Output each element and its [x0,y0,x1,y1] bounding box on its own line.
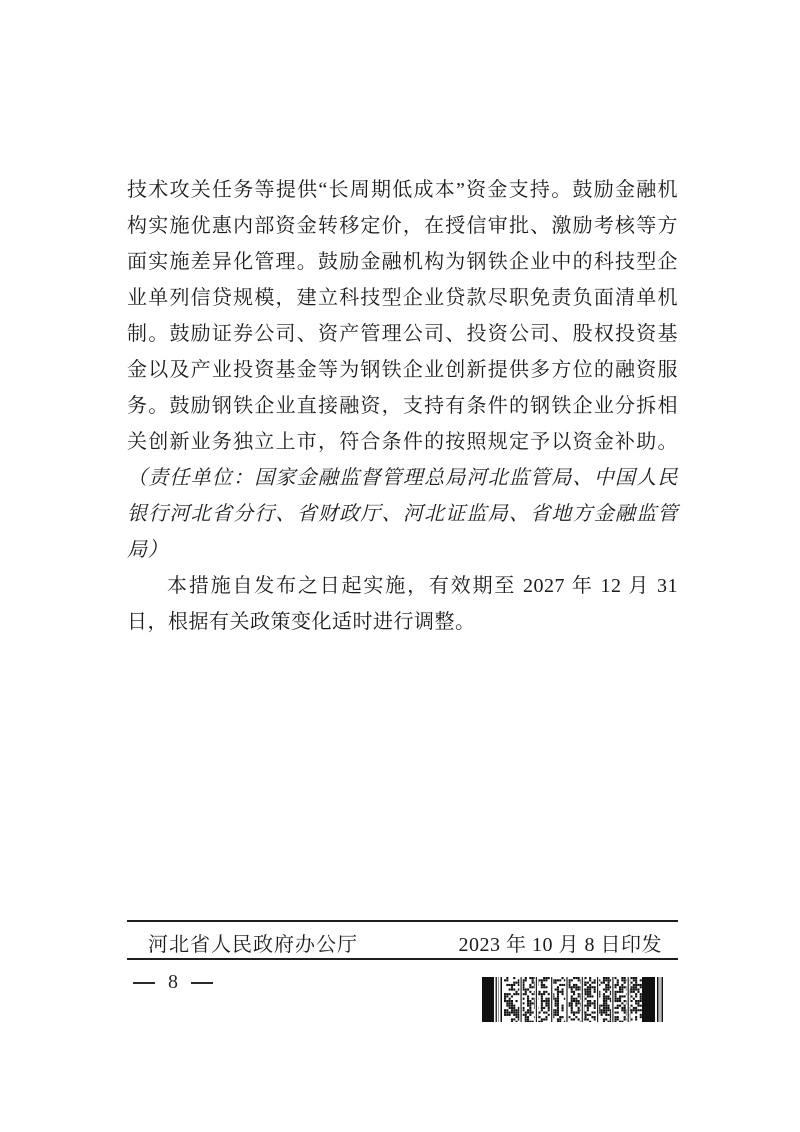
footer-row: 河北省人民政府办公厅 2023 年 10 月 8 日印发 [127,927,678,957]
responsibility-unit-note: （责任单位：国家金融监督管理总局河北监管局、中国人民银行河北省分行、省财政厅、河… [127,467,678,561]
barcode [482,977,667,1022]
page-number-right-dash [191,982,213,984]
body-text-block: 技术攻关任务等提供“长周期低成本”资金支持。鼓励金融机构实施优惠内部资金转移定价… [127,172,678,640]
effective-period-paragraph: 本措施自发布之日起实施，有效期至 2027 年 12 月 31 日，根据有关政策… [127,568,678,640]
footer-top-rule [127,920,678,922]
paragraph1-main-text: 技术攻关任务等提供“长周期低成本”资金支持。鼓励金融机构实施优惠内部资金转移定价… [127,179,678,453]
print-date-label: 2023 年 10 月 8 日印发 [459,928,679,957]
page-number: 8 [133,971,213,994]
paragraph-continuation: 技术攻关任务等提供“长周期低成本”资金支持。鼓励金融机构实施优惠内部资金转移定价… [127,172,678,568]
document-page: 技术攻关任务等提供“长周期低成本”资金支持。鼓励金融机构实施优惠内部资金转移定价… [0,0,800,1132]
footer-bottom-rule [127,958,678,960]
page-number-value: 8 [168,971,178,994]
issuing-office-label: 河北省人民政府办公厅 [127,928,358,957]
page-number-left-dash [133,982,155,984]
